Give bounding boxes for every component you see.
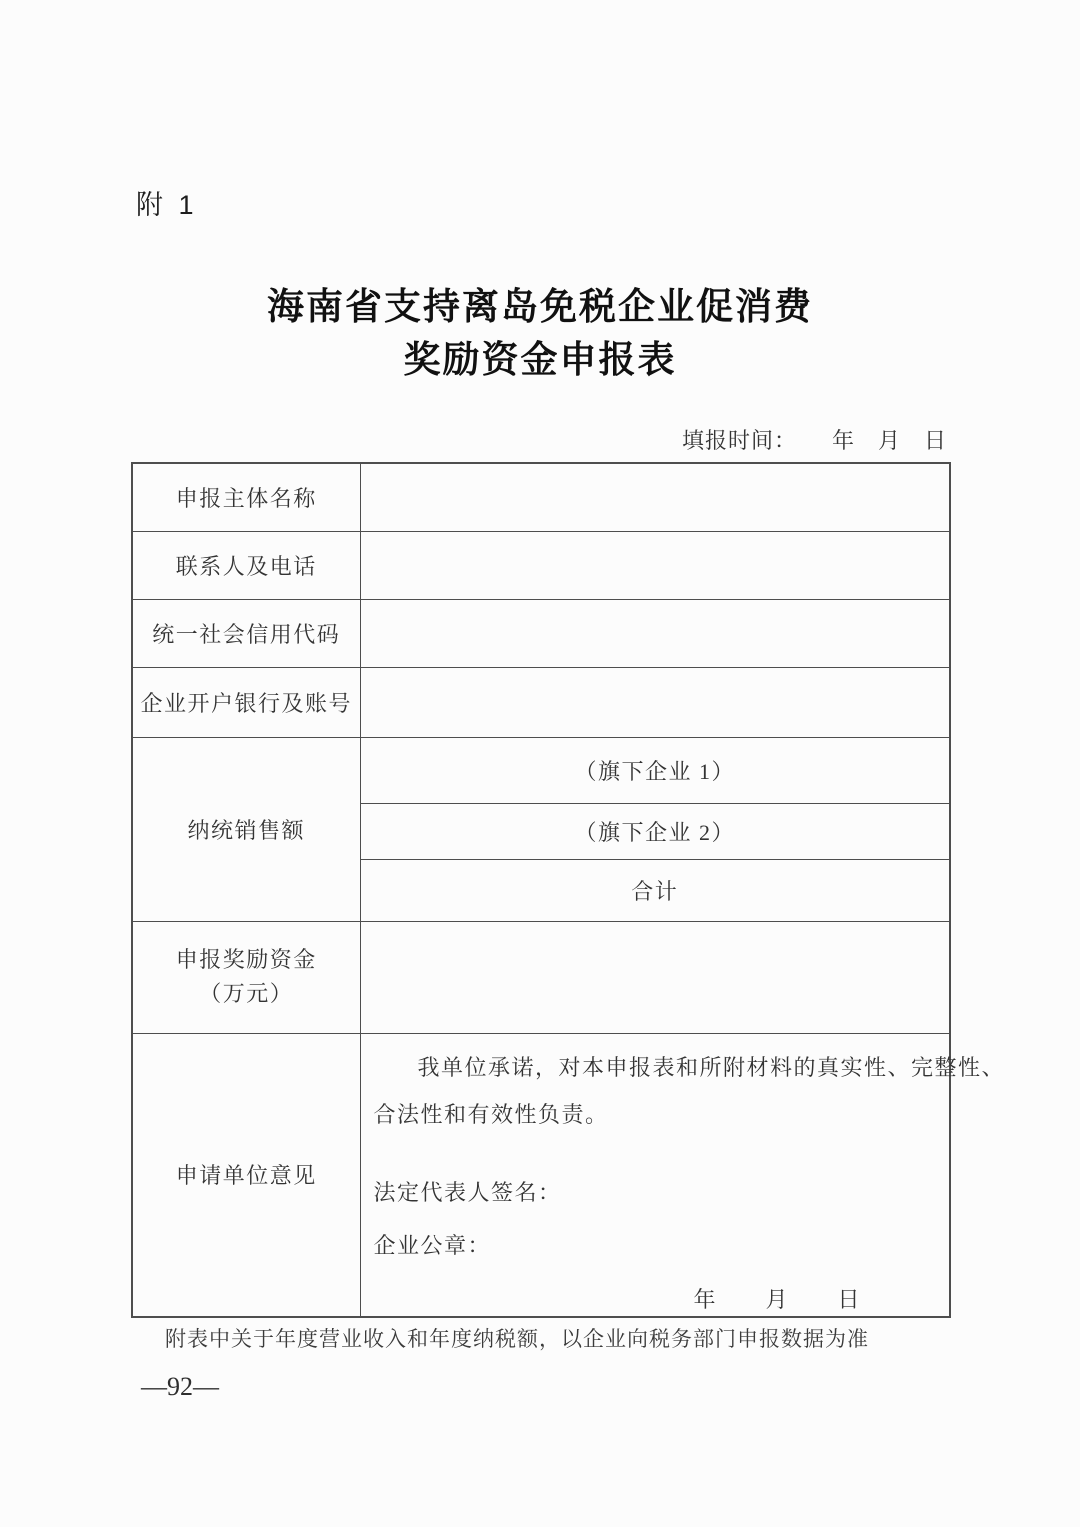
row-label-credit-code: 统一社会信用代码: [132, 599, 360, 667]
commitment-text-line2: 合法性和有效性负责。: [374, 1101, 936, 1129]
field-sales-subsidiary-2: （旗下企业 2）: [360, 803, 950, 859]
row-label-reward-amount: 申报奖励资金 （万元）: [132, 921, 360, 1033]
table-row-bank-account: 企业开户银行及账号: [132, 667, 950, 737]
document-page: 附 1 海南省支持离岛免税企业促消费 奖励资金申报表 填报时间： 年 月 日 申…: [0, 0, 1080, 1527]
commitment-text-line1: 我单位承诺，对本申报表和所附材料的真实性、完整性、: [374, 1054, 936, 1082]
footnote: 附表中关于年度营业收入和年度纳税额，以企业向税务部门申报数据为准: [165, 1327, 1080, 1351]
field-subject-name: [360, 463, 950, 531]
table-row-applicant-opinion: 申请单位意见 我单位承诺，对本申报表和所附材料的真实性、完整性、 合法性和有效性…: [132, 1033, 950, 1317]
row-label-applicant-opinion: 申请单位意见: [132, 1033, 360, 1317]
field-sales-sum: 合计: [360, 859, 950, 921]
attachment-label: 附 1: [136, 192, 1080, 219]
field-applicant-opinion: 我单位承诺，对本申报表和所附材料的真实性、完整性、 合法性和有效性负责。 法定代…: [360, 1033, 950, 1317]
row-label-sales-total: 纳统销售额: [132, 737, 360, 921]
form-title-line2: 奖励资金申报表: [0, 334, 1080, 387]
field-reward-amount: [360, 921, 950, 1033]
form-title: 海南省支持离岛免税企业促消费 奖励资金申报表: [0, 281, 1080, 387]
row-label-subject-name: 申报主体名称: [132, 463, 360, 531]
field-contact-phone: [360, 531, 950, 599]
form-title-line1: 海南省支持离岛免税企业促消费: [0, 281, 1080, 334]
reward-label-line2: （万元）: [133, 977, 360, 1011]
field-credit-code: [360, 599, 950, 667]
table-row-contact-phone: 联系人及电话: [132, 531, 950, 599]
table-row-reward-amount: 申报奖励资金 （万元）: [132, 921, 950, 1033]
page-number: —92—: [141, 1373, 1080, 1401]
field-bank-account: [360, 667, 950, 737]
application-form-table: 申报主体名称 联系人及电话 统一社会信用代码 企业开户银行及账号 纳统销售额 （…: [131, 462, 951, 1318]
table-row-credit-code: 统一社会信用代码: [132, 599, 950, 667]
row-label-contact-phone: 联系人及电话: [132, 531, 360, 599]
table-row-subject-name: 申报主体名称: [132, 463, 950, 531]
opinion-date-line: 年 月 日: [374, 1286, 936, 1314]
legal-representative-signature-label: 法定代表人签名：: [374, 1179, 936, 1207]
table-row-sales-sub1: 纳统销售额 （旗下企业 1）: [132, 737, 950, 803]
field-sales-subsidiary-1: （旗下企业 1）: [360, 737, 950, 803]
fill-date-line: 填报时间： 年 月 日: [131, 429, 947, 453]
company-seal-label: 企业公章：: [374, 1232, 936, 1260]
row-label-bank-account: 企业开户银行及账号: [132, 667, 360, 737]
reward-label-line1: 申报奖励资金: [133, 943, 360, 977]
